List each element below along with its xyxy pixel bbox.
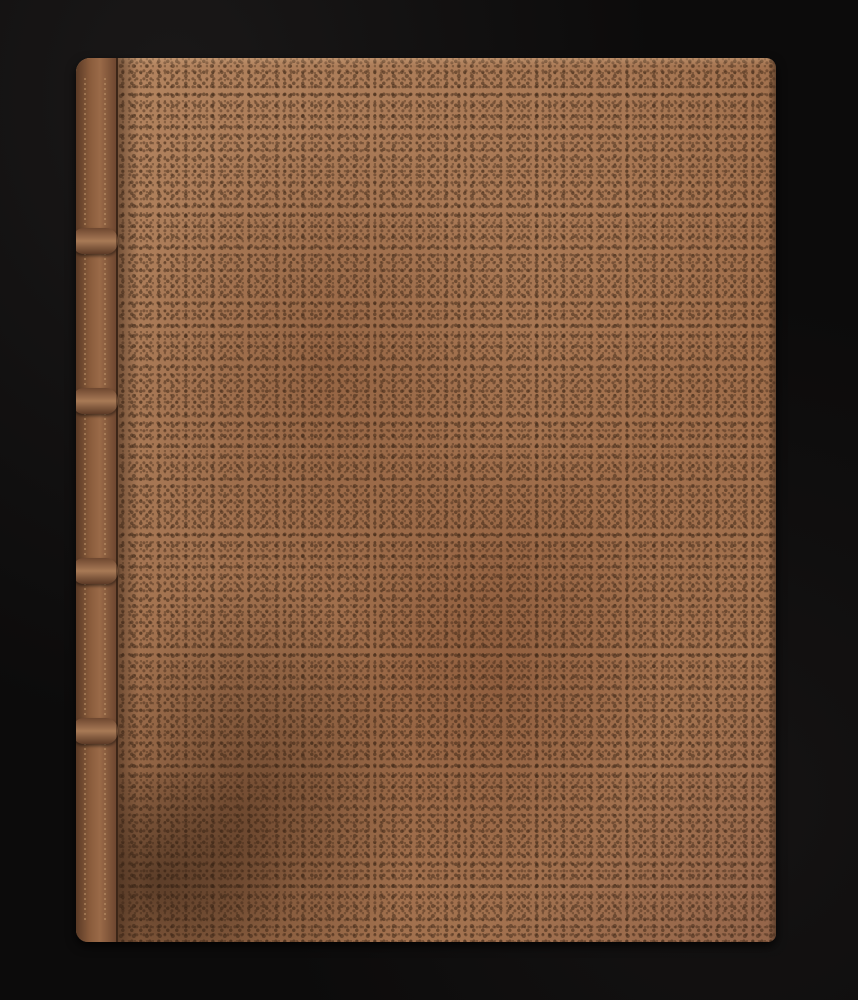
worn-corner bbox=[116, 742, 316, 942]
raised-band bbox=[76, 388, 118, 414]
spine-tooling-line bbox=[104, 78, 106, 922]
raised-band bbox=[76, 558, 118, 584]
fore-edge bbox=[768, 58, 776, 942]
spine bbox=[76, 58, 118, 942]
raised-band bbox=[76, 718, 118, 744]
raised-band bbox=[76, 228, 118, 254]
book-cover bbox=[76, 58, 776, 942]
top-edge-highlight bbox=[76, 58, 776, 66]
hinge-shadow bbox=[116, 58, 138, 942]
spine-tooling-line bbox=[84, 78, 86, 922]
